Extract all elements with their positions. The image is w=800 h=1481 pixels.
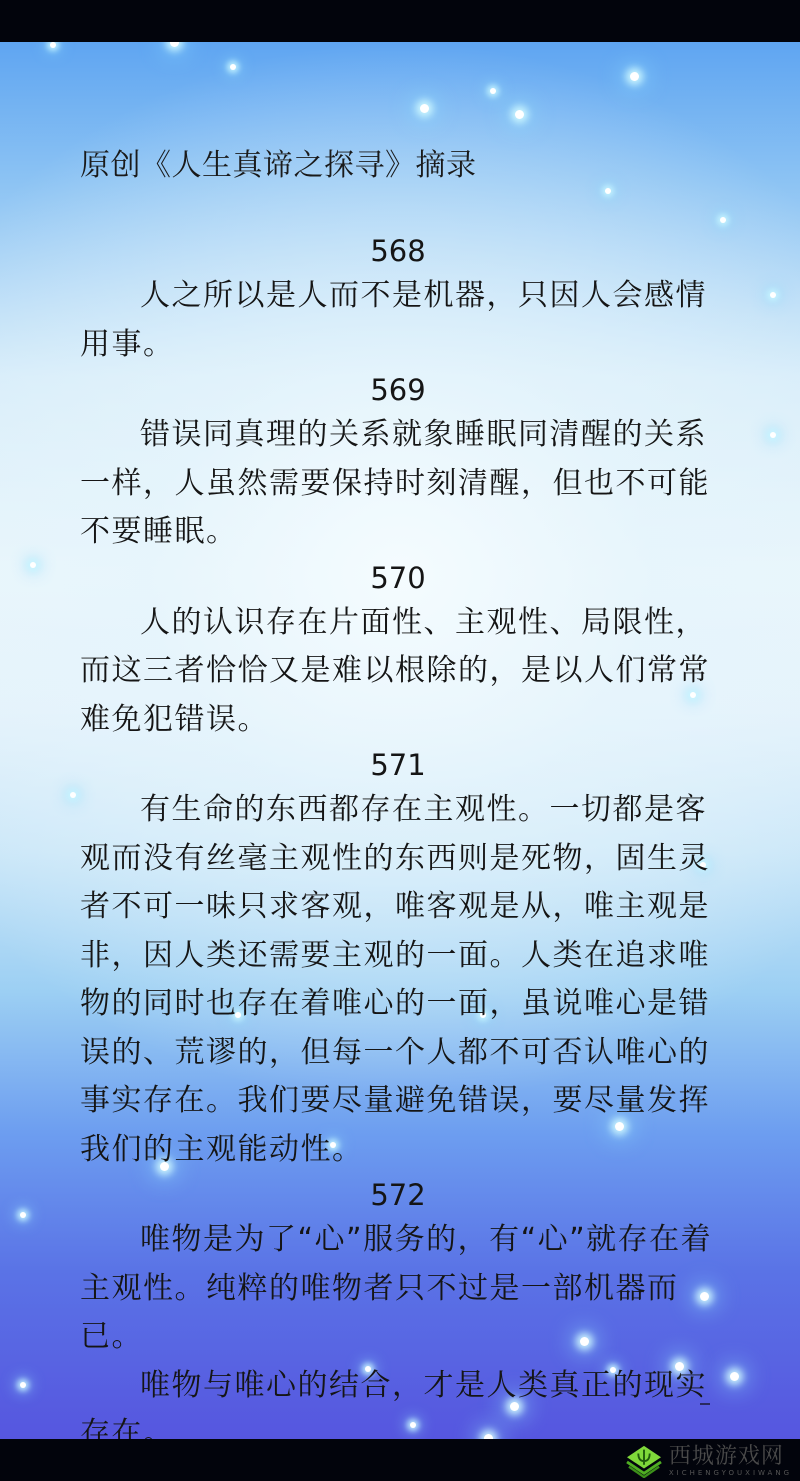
- entry-570: 570 人的认识存在片面性、主观性、局限性，而这三者恰恰又是难以根除的，是以人们…: [80, 557, 720, 745]
- entry-paragraph: 人之所以是人而不是机器，只因人会感情用事。: [80, 272, 720, 369]
- site-watermark: 西城游戏网 XICHENGYOUXIWANG: [625, 1444, 792, 1478]
- watermark-name-cn: 西城游戏网: [669, 1445, 792, 1469]
- leaf-diamond-logo-icon: [625, 1444, 663, 1478]
- star-decoration-icon: [20, 1382, 26, 1388]
- entry-paragraph: 人的认识存在片面性、主观性、局限性，而这三者恰恰又是难以根除的，是以人们常常难免…: [80, 599, 720, 745]
- excerpt-content: 568 人之所以是人而不是机器，只因人会感情用事。 569 错误同真理的关系就象…: [80, 230, 720, 1459]
- dash-mark: [700, 1403, 710, 1405]
- entry-paragraph: 错误同真理的关系就象睡眠同清醒的关系一样，人虽然需要保持时刻清醒，但也不可能不要…: [80, 411, 720, 557]
- entry-number: 571: [76, 744, 720, 786]
- entry-571: 571 有生命的东西都存在主观性。一切都是客观而没有丝毫主观性的东西则是死物，固…: [80, 744, 720, 1174]
- entry-paragraph: 有生命的东西都存在主观性。一切都是客观而没有丝毫主观性的东西则是死物，固生灵者不…: [80, 786, 720, 1174]
- watermark-name-en: XICHENGYOUXIWANG: [669, 1469, 792, 1478]
- entry-paragraph: 唯物是为了“心”服务的，有“心”就存在着主观性。纯粹的唯物者只不过是一部机器而已…: [80, 1216, 720, 1362]
- star-decoration-icon: [420, 104, 429, 113]
- star-decoration-icon: [490, 88, 496, 94]
- watermark-text: 西城游戏网 XICHENGYOUXIWANG: [669, 1445, 792, 1478]
- star-decoration-icon: [630, 72, 639, 81]
- entry-number: 568: [76, 230, 720, 272]
- top-black-bar: [0, 0, 800, 42]
- entry-number: 572: [76, 1174, 720, 1216]
- star-decoration-icon: [50, 42, 56, 48]
- star-decoration-icon: [770, 292, 776, 298]
- star-decoration-icon: [30, 562, 36, 568]
- star-decoration-icon: [170, 42, 179, 47]
- star-decoration-icon: [20, 1212, 26, 1218]
- page-title: 原创《人生真谛之探寻》摘录: [80, 140, 477, 184]
- star-decoration-icon: [515, 110, 524, 119]
- star-decoration-icon: [720, 217, 726, 223]
- star-decoration-icon: [605, 188, 611, 194]
- entry-number: 569: [76, 369, 720, 411]
- entry-568: 568 人之所以是人而不是机器，只因人会感情用事。: [80, 230, 720, 369]
- star-decoration-icon: [770, 432, 776, 438]
- star-decoration-icon: [230, 64, 236, 70]
- entry-572: 572 唯物是为了“心”服务的，有“心”就存在着主观性。纯粹的唯物者只不过是一部…: [80, 1174, 720, 1459]
- star-decoration-icon: [70, 792, 76, 798]
- star-decoration-icon: [730, 1372, 739, 1381]
- entry-number: 570: [76, 557, 720, 599]
- entry-569: 569 错误同真理的关系就象睡眠同清醒的关系一样，人虽然需要保持时刻清醒，但也不…: [80, 369, 720, 557]
